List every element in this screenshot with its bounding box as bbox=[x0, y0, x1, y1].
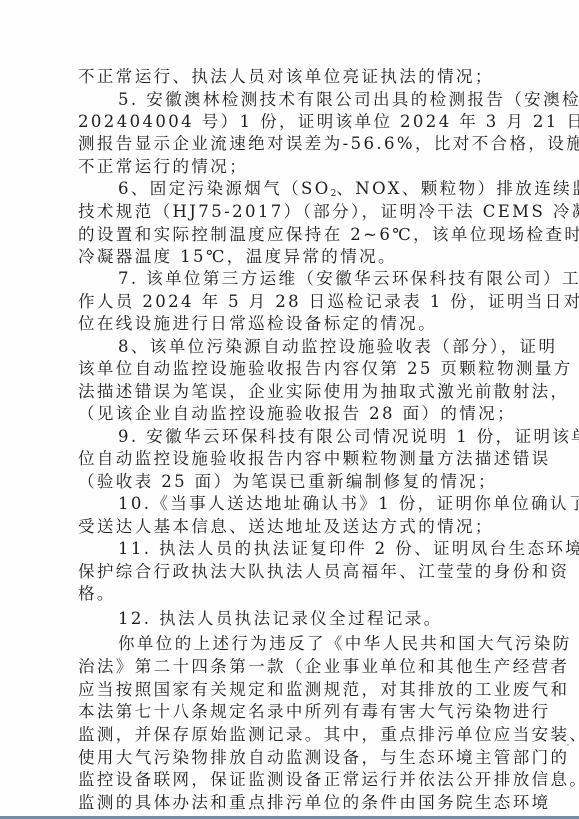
text-line: 治法》第二十四条第一款（企业事业单位和其他生产经营者 bbox=[78, 656, 503, 678]
text-line-item-11: 11. 执法人员的执法证复印件 2 份、证明凤台生态环境 bbox=[118, 538, 543, 560]
document-page: 不正常运行、执法人员对该单位亮证执法的情况； 5. 安徽澳林检测技术有限公司出具… bbox=[0, 0, 579, 816]
text-line: 使用大气污染物排放自动监测设备，与生态环境主管部门的 bbox=[78, 747, 503, 769]
text-line: 监测的具体办法和重点排污单位的条件由国务院生态环境 bbox=[78, 792, 503, 814]
text-line: 位在线设施进行日常巡检设备标定的情况。 bbox=[78, 313, 503, 335]
text-line: 法描述错误为笔误，企业实际使用为抽取式激光前散射法， bbox=[78, 381, 503, 403]
text-line: 202404004 号）1 份，证明该单位 2024 年 3 月 21 日比对监 bbox=[78, 111, 503, 133]
text-line: 不正常运行、执法人员对该单位亮证执法的情况； bbox=[78, 66, 503, 88]
text-line: 冷凝器温度 15℃，温度异常的情况。 bbox=[78, 246, 503, 268]
text-line-item-9: 9. 安徽华云环保科技有限公司情况说明 1 份，证明该单 bbox=[118, 426, 543, 448]
text-line: 应当按照国家有关规定和监测规范，对其排放的工业废气和 bbox=[78, 679, 503, 701]
text-line: 技术规范（HJ75-2017）（部分），证明冷干法 CEMS 冷凝器 bbox=[78, 201, 503, 223]
text-line: 不正常运行的情况； bbox=[78, 156, 503, 178]
scan-speck bbox=[567, 744, 569, 746]
text-line-item-5: 5. 安徽澳林检测技术有限公司出具的检测报告（安澳检 bbox=[118, 89, 543, 111]
text-line-paragraph-start: 你单位的上述行为违反了《中华人民共和国大气污染防 bbox=[118, 633, 543, 655]
text-line-item-7: 7. 该单位第三方运维（安徽华云环保科技有限公司）工 bbox=[118, 268, 543, 290]
text-line: 该单位自动监控设施验收报告内容仅第 25 页颗粒物测量方 bbox=[78, 358, 503, 380]
text-line: 测报告显示企业流速绝对误差为-56.6%，比对不合格，设施 bbox=[78, 133, 503, 155]
text-line: 保护综合行政执法大队执法人员高福年、江莹莹的身份和资 bbox=[78, 561, 503, 583]
text-line: 受送达人基本信息、送达地址及送达方式的情况； bbox=[78, 516, 503, 538]
text-line: 本法第七十八条规定名录中所列有毒有害大气污染物进行 bbox=[78, 701, 503, 723]
text-line: （见该企业自动监控设施验收报告 28 面）的情况； bbox=[78, 403, 503, 425]
text-line-item-8: 8、该单位污染源自动监控设施验收表（部分），证明 bbox=[118, 336, 543, 358]
text-line-item-12: 12. 执法人员执法记录仪全过程记录。 bbox=[118, 608, 543, 630]
text-segment: 6、固定污染源烟气（SO bbox=[118, 179, 331, 198]
text-line: 格。 bbox=[78, 583, 503, 605]
text-line: 监测，并保存原始监测记录。其中，重点排污单位应当安装、 bbox=[78, 724, 503, 746]
text-line: 作人员 2024 年 5 月 28 日巡检记录表 1 份，证明当日对该单 bbox=[78, 291, 503, 313]
text-line-item-10: 10.《当事人送达地址确认书》1 份，证明你单位确认了 bbox=[118, 493, 543, 515]
text-line: 的设置和实际控制温度应保持在 2~6℃，该单位现场检查时 bbox=[78, 224, 503, 246]
text-line: 位自动监控设施验收报告内容中颗粒物测量方法描述错误 bbox=[78, 448, 503, 470]
text-line: （验收表 25 面）为笔误已重新编制修复的情况； bbox=[78, 471, 503, 493]
text-line: 监控设备联网，保证监测设备正常运行并依法公开排放信息。 bbox=[78, 769, 503, 791]
text-segment: 、NOX、颗粒物）排放连续监测 bbox=[336, 179, 579, 198]
text-line-item-6: 6、固定污染源烟气（SO2、NOX、颗粒物）排放连续监测 bbox=[118, 178, 543, 200]
